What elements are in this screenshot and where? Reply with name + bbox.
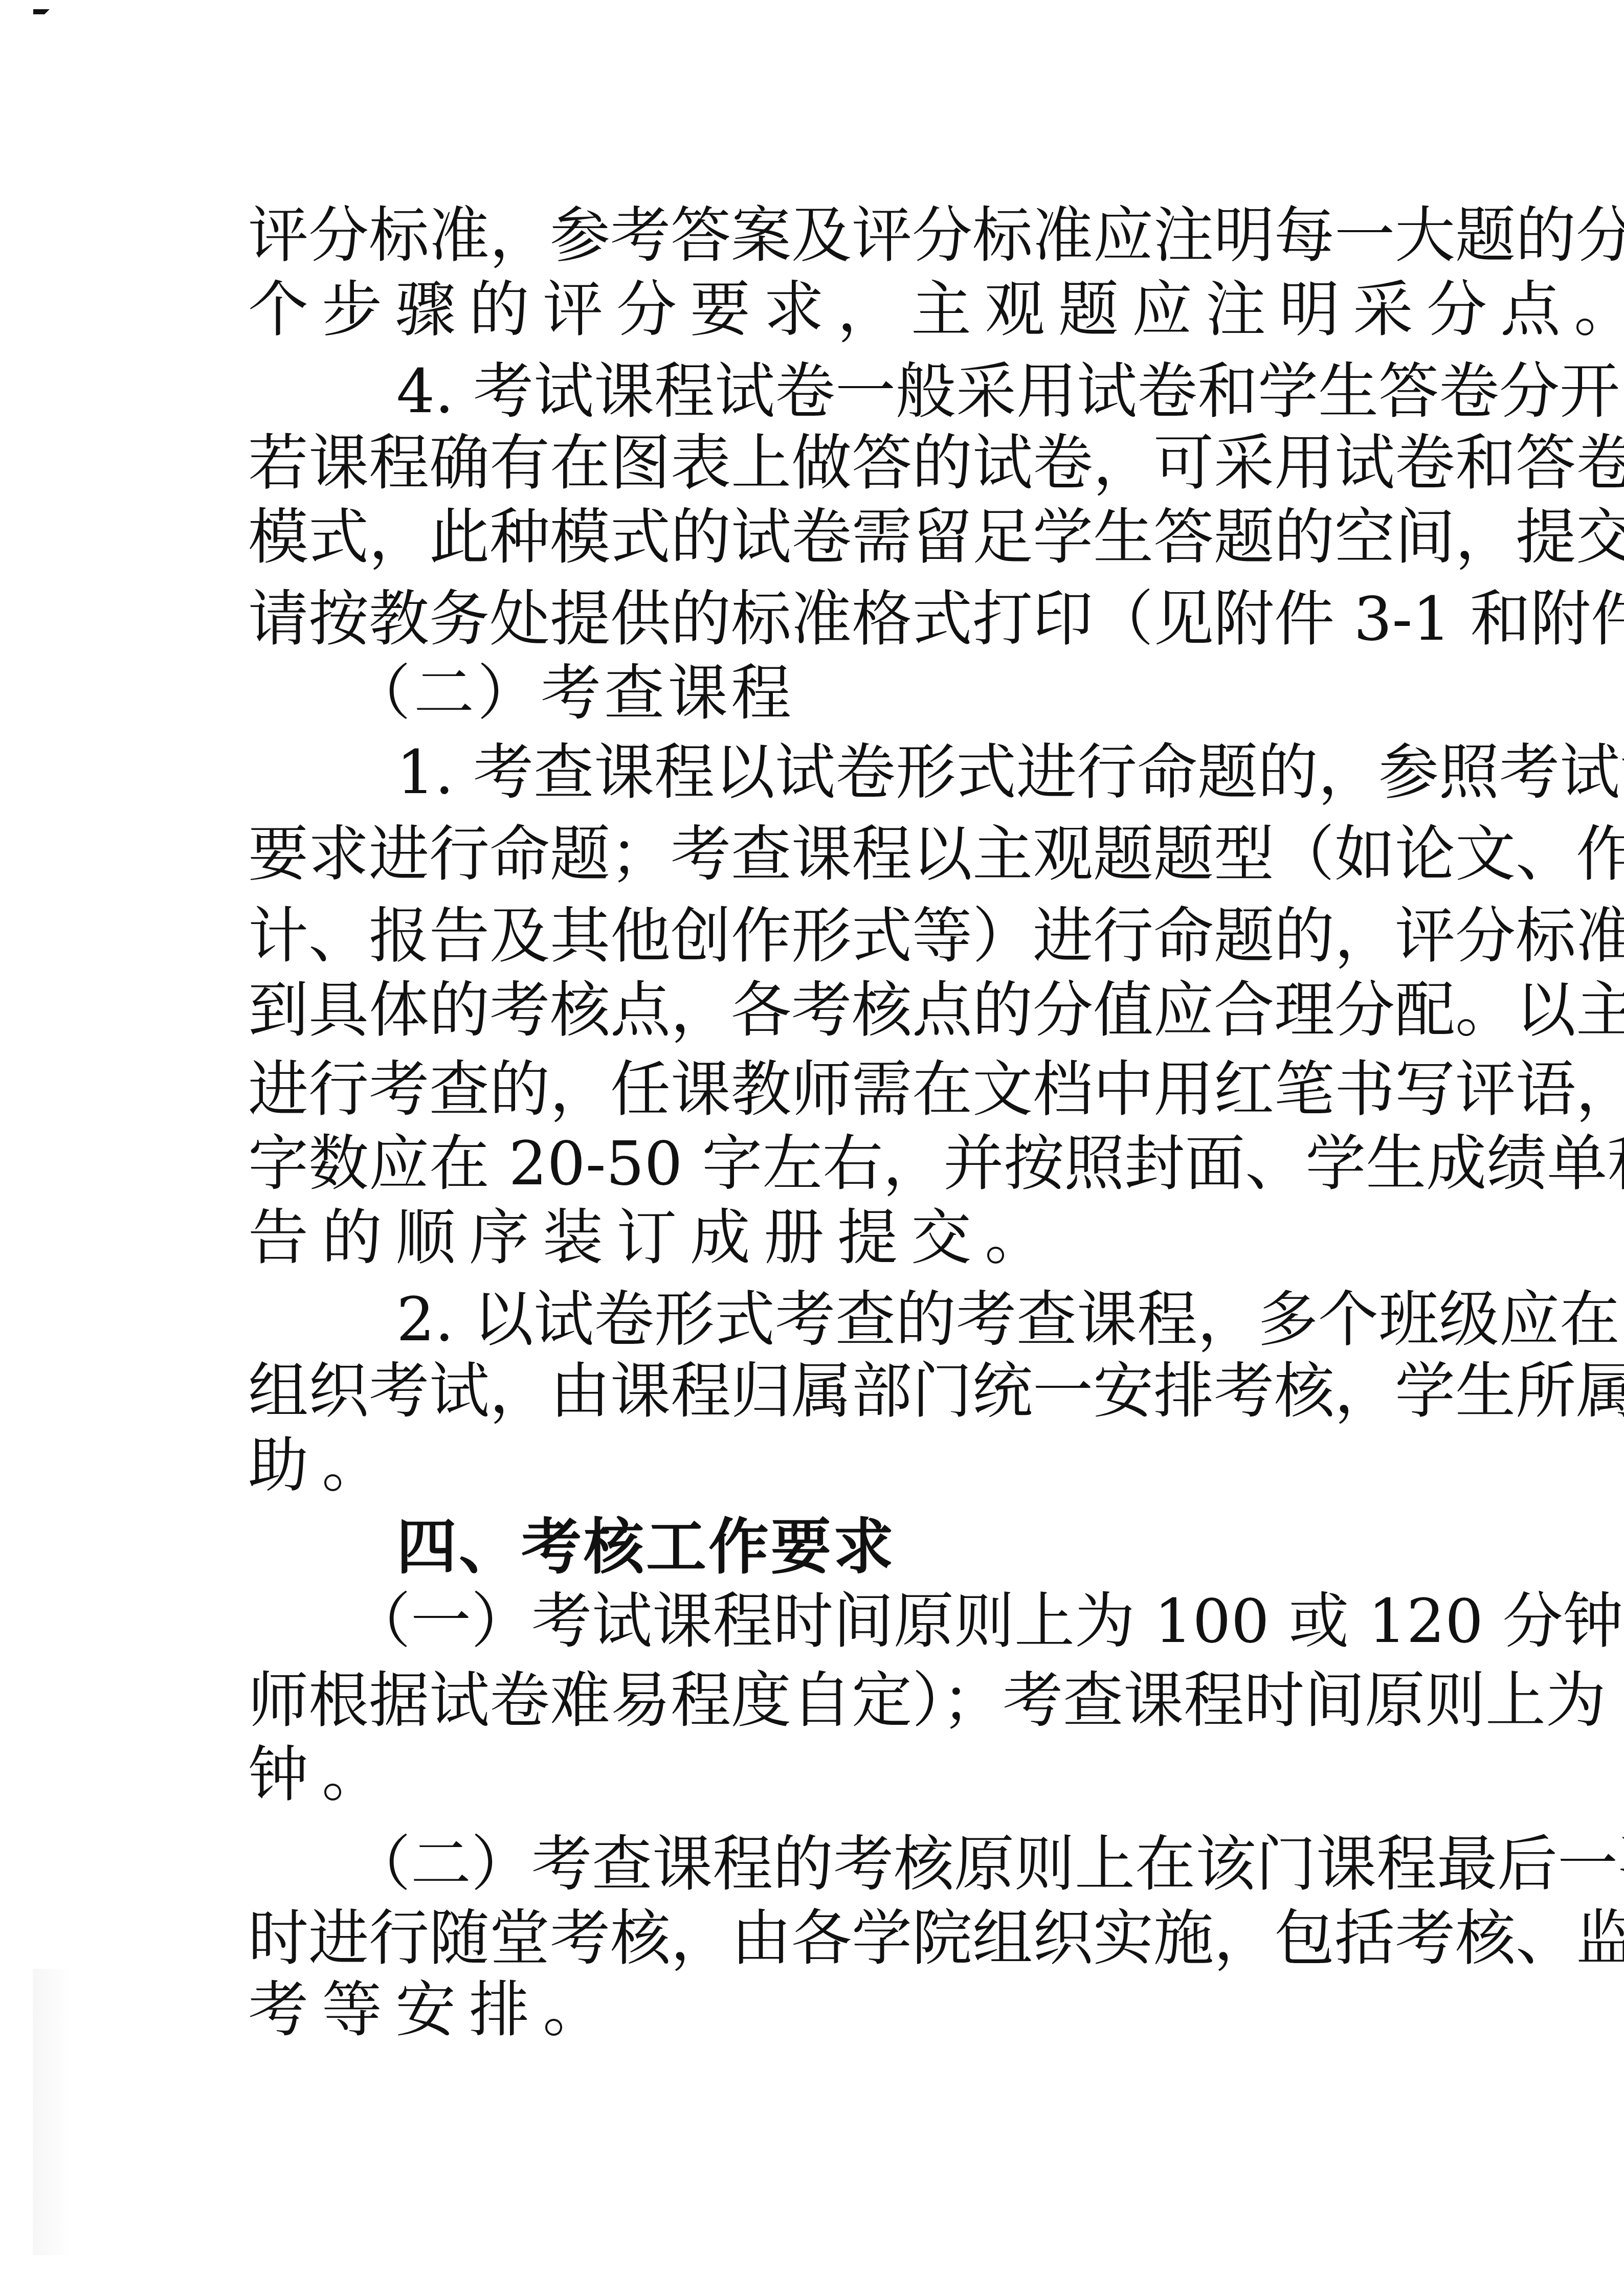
section-subheading-2: （二）考查课程	[350, 655, 1358, 731]
text-line: 计、报告及其他创作形式等）进行命题的，评分标准应细化	[248, 897, 1358, 974]
text-line: 师根据试卷难易程度自定）；考查课程时间原则上为 90 分	[248, 1662, 1358, 1739]
text-line: 助。	[248, 1427, 1358, 1503]
text-line: 到具体的考核点，各考核点的分值应合理分配。以主观题型	[248, 972, 1358, 1048]
text-line: 字数应在 20-50 字左右，并按照封面、学生成绩单和学生报	[248, 1125, 1358, 1202]
text-line: 若课程确有在图表上做答的试卷，可采用试卷和答卷一体的	[248, 424, 1358, 501]
item-4-line: 4. 考试课程试卷一般采用试卷和学生答卷分开的模式，	[396, 353, 1358, 430]
text-line: 要求进行命题；考查课程以主观题题型（如论文、作业、设	[248, 816, 1358, 892]
text-line: 请按教务处提供的标准格式打印（见附件 3-1 和附件 3-2）。	[248, 580, 1358, 657]
text-line: 告的顺序装订成册提交。	[248, 1199, 1358, 1276]
text-line: 组织考试，由课程归属部门统一安排考核，学生所属学院协	[248, 1353, 1358, 1429]
scan-edge-shadow	[33, 1969, 74, 2255]
text-line: 钟。	[248, 1736, 1358, 1813]
subitem-2-line: （二）考查课程的考核原则上在该门课程最后一次授课	[350, 1826, 1358, 1902]
section-heading-4: 四、考核工作要求	[396, 1509, 1358, 1585]
item-1-line: 1. 考查课程以试卷形式进行命题的，参照考试课程命题	[396, 734, 1358, 811]
text-line: 个步骤的评分要求，主观题应注明采分点。	[248, 271, 1358, 348]
text-line: 进行考查的，任课教师需在文档中用红笔书写评语，评语的	[248, 1051, 1358, 1128]
subitem-1-line: （一）考试课程时间原则上为 100 或 120 分钟（出题教	[350, 1583, 1358, 1659]
item-2-line: 2. 以试卷形式考查的考查课程，多个班级应在同一时间	[396, 1281, 1358, 1358]
text-line: 模式，此种模式的试卷需留足学生答题的空间，提交的试卷	[248, 499, 1358, 575]
text-line: 考等安排。	[248, 1971, 1358, 2048]
scan-corner-mark	[33, 9, 50, 14]
text-line: 时进行随堂考核，由各学院组织实施，包括考核、监考、巡	[248, 1900, 1358, 1976]
text-line: 评分标准，参考答案及评分标准应注明每一大题的分值及各	[248, 197, 1358, 274]
